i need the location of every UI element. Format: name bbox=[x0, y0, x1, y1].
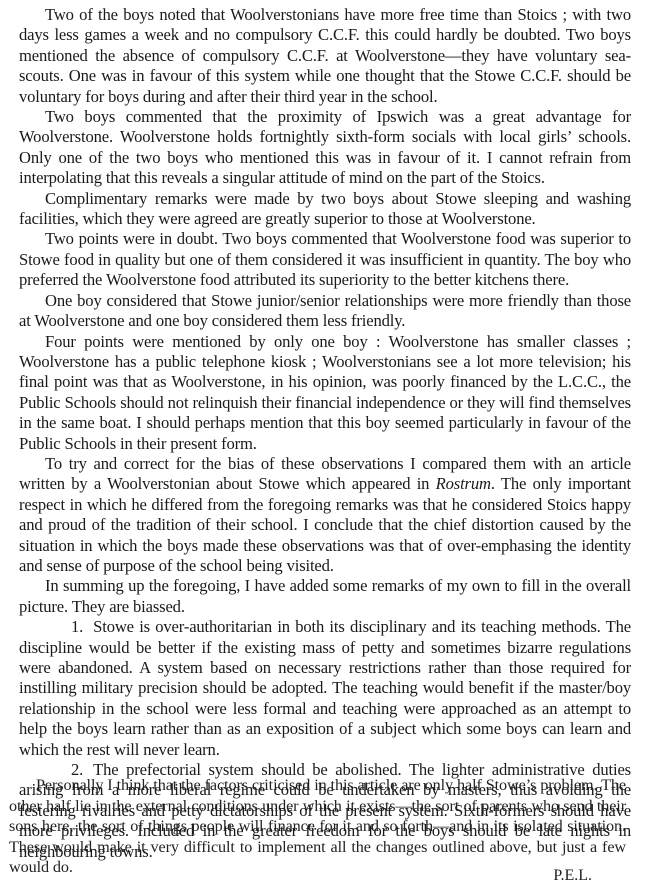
rostrum-title: Rostrum bbox=[436, 474, 491, 493]
numbered-point-1: 1.Stowe is over-authoritarian in both it… bbox=[19, 617, 631, 760]
paragraph-summing-up: In summing up the foregoing, I have adde… bbox=[19, 576, 631, 617]
point-text: Stowe is over-authoritarian in both its … bbox=[19, 617, 631, 758]
paragraph-ipswich: Two boys commented that the proximity of… bbox=[19, 107, 631, 189]
paragraph-relationships: One boy considered that Stowe junior/sen… bbox=[19, 291, 631, 332]
closing-paragraph: Personally I think that the factors crit… bbox=[9, 775, 626, 878]
paragraph-rostrum: To try and correct for the bias of these… bbox=[19, 454, 631, 576]
closing-section: Personally I think that the factors crit… bbox=[9, 775, 626, 878]
main-text-column: Two of the boys noted that Woolverstonia… bbox=[19, 5, 631, 862]
paragraph-four-points: Four points were mentioned by only one b… bbox=[19, 332, 631, 454]
paragraph-free-time: Two of the boys noted that Woolverstonia… bbox=[19, 5, 631, 107]
point-number: 1. bbox=[45, 617, 83, 637]
author-signature: P.E.L. bbox=[553, 867, 592, 885]
document-page: Two of the boys noted that Woolverstonia… bbox=[0, 0, 650, 891]
paragraph-facilities: Complimentary remarks were made by two b… bbox=[19, 189, 631, 230]
paragraph-food: Two points were in doubt. Two boys comme… bbox=[19, 229, 631, 290]
